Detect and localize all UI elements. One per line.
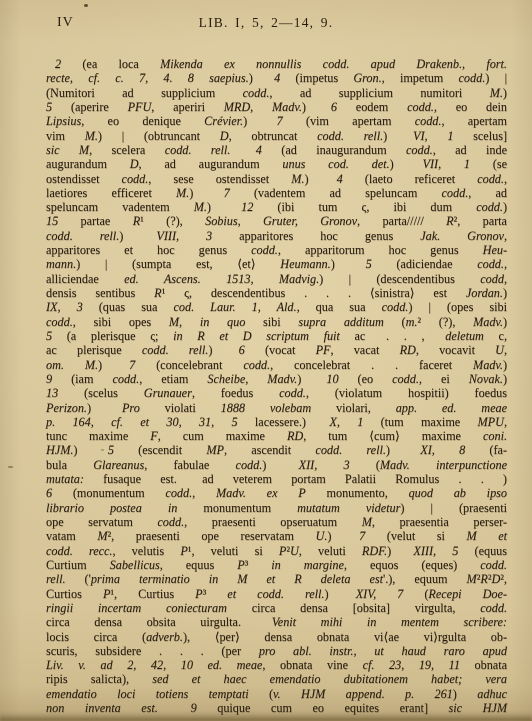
text-line: HJM.) 5 (escendit MP, ascendit codd. rel… xyxy=(46,443,507,457)
text-line: ac plerisque codd. rell.) 6 (vocat PF, v… xyxy=(46,343,507,357)
text-line: Perizon.) Pro violati 1888 volebam viola… xyxy=(46,401,507,415)
text-line: 5 (a plerisque ς; in R et D scriptum fui… xyxy=(46,329,507,343)
text-line: ostendisset codd., sese ostendisset M.) … xyxy=(46,172,507,186)
text-line: tunc maxime F, cum maxime RD, tum ⟨cum⟩ … xyxy=(46,429,507,443)
text-line: bula Glareanus, fabulae codd.) XII, 3 (M… xyxy=(46,458,507,472)
text-line: om. M.) 7 (concelebrant codd., concelebr… xyxy=(46,358,507,372)
text-line: vim M.) | (obtruncant D, obtruncat codd.… xyxy=(46,129,507,143)
text-line: 13 (scelus Grunauer, foedus codd., (viol… xyxy=(46,386,507,400)
text-line: 6 (monumentum codd., Madv. ex P monument… xyxy=(46,486,507,500)
text-line: mann.) | (sumpta est, ⟨et⟩ Heumann.) 5 (… xyxy=(46,257,507,271)
running-title: LIB. I, 5, 2—14, 9. xyxy=(0,15,532,31)
page-bottom-shadow xyxy=(0,711,532,721)
text-line: 9 (iam codd., etiam Scheibe, Madv.) 10 (… xyxy=(46,372,507,386)
text-line: ringii incertam coniecturam circa densa … xyxy=(46,601,507,615)
text-line: codd. rell.) VIII, 3 apparitores hoc gen… xyxy=(46,229,507,243)
text-line: 5 (aperire PFU, aperiri MRD, Madv.) 6 eo… xyxy=(46,100,507,114)
text-line: mutata: fusaque est. ad veterem portam P… xyxy=(46,472,507,486)
text-line: Liv. v. ad 2, 42, 10 ed. meae, obnata vi… xyxy=(46,658,507,672)
page-header: IV LIB. I, 5, 2—14, 9. xyxy=(0,15,532,33)
text-line: Lipsius, eo denique Crévier.) 7 (vim ape… xyxy=(46,114,507,128)
text-line: circa densa obsita uirgulta. Venit mihi … xyxy=(46,615,507,629)
text-line: Curtios P¹, Curtius P³ et codd. rell.) X… xyxy=(46,587,507,601)
text-line: librario postea in monumentum mutatum vi… xyxy=(46,501,507,515)
text-line: codd. recc., velutis P¹, veluti si P²U, … xyxy=(46,544,507,558)
text-line: scuris, subsidere . . . (per pro abl. in… xyxy=(46,644,507,658)
text-line: ope servatum codd., praesenti opseruatum… xyxy=(46,515,507,529)
scanned-book-page: { "page": { "page_number": "IV", "runnin… xyxy=(0,0,532,721)
text-line: (Numitori ad supplicium codd., ad suppli… xyxy=(46,86,507,100)
text-line: apparitores et hoc genus codd., apparito… xyxy=(46,243,507,257)
page-body: 2 (ea loca Mikenda ex nonnullis codd. ap… xyxy=(46,57,507,715)
text-line: IX, 3 (quas sua cod. Laur. 1, Ald., qua … xyxy=(46,300,507,314)
text-line: Curtium Sabellicus, equus P³ in margine,… xyxy=(46,558,507,572)
text-line: recte, cf. c. 7, 4. 8 saepius.) 4 (impet… xyxy=(46,71,507,85)
text-line: emendatio loci totiens temptati (v. HJM … xyxy=(46,687,507,701)
text-line: codd., sibi opes M, in quo sibi supra ad… xyxy=(46,315,507,329)
text-line: densis sentibus R¹ ς, descendentibus . .… xyxy=(46,286,507,300)
text-line: rell. ('prima terminatio in M et R delet… xyxy=(46,572,507,586)
text-line: laetiores efficeret M.) 7 (vadentem ad s… xyxy=(46,186,507,200)
text-line: 15 partae R¹ (?), Sobius, Gruter, Gronov… xyxy=(46,214,507,228)
text-line: 2 (ea loca Mikenda ex nonnullis codd. ap… xyxy=(46,57,507,71)
text-line: sic M, scelera codd. rell. 4 (ad inaugur… xyxy=(46,143,507,157)
text-line: p. 164, cf. et 30, 31, 5 lacessere.) X, … xyxy=(46,415,507,429)
text-line: speluncam vadentem M.) 12 (ibi tum ς, ib… xyxy=(46,200,507,214)
text-line: vatam M², praesenti ope reservatam U.) 7… xyxy=(46,529,507,543)
text-line: augurandum D, ad augurandum unus cod. de… xyxy=(46,157,507,171)
text-line: locis circa (adverb.), ⟨per⟩ densa obnat… xyxy=(46,630,507,644)
text-line: alliciendae ed. Ascens. 1513, Madvig.) |… xyxy=(46,272,507,286)
ink-speck xyxy=(8,466,13,468)
text-line: ripis salicta), sed et haec emendatio du… xyxy=(46,672,507,686)
ink-speck xyxy=(84,4,88,7)
